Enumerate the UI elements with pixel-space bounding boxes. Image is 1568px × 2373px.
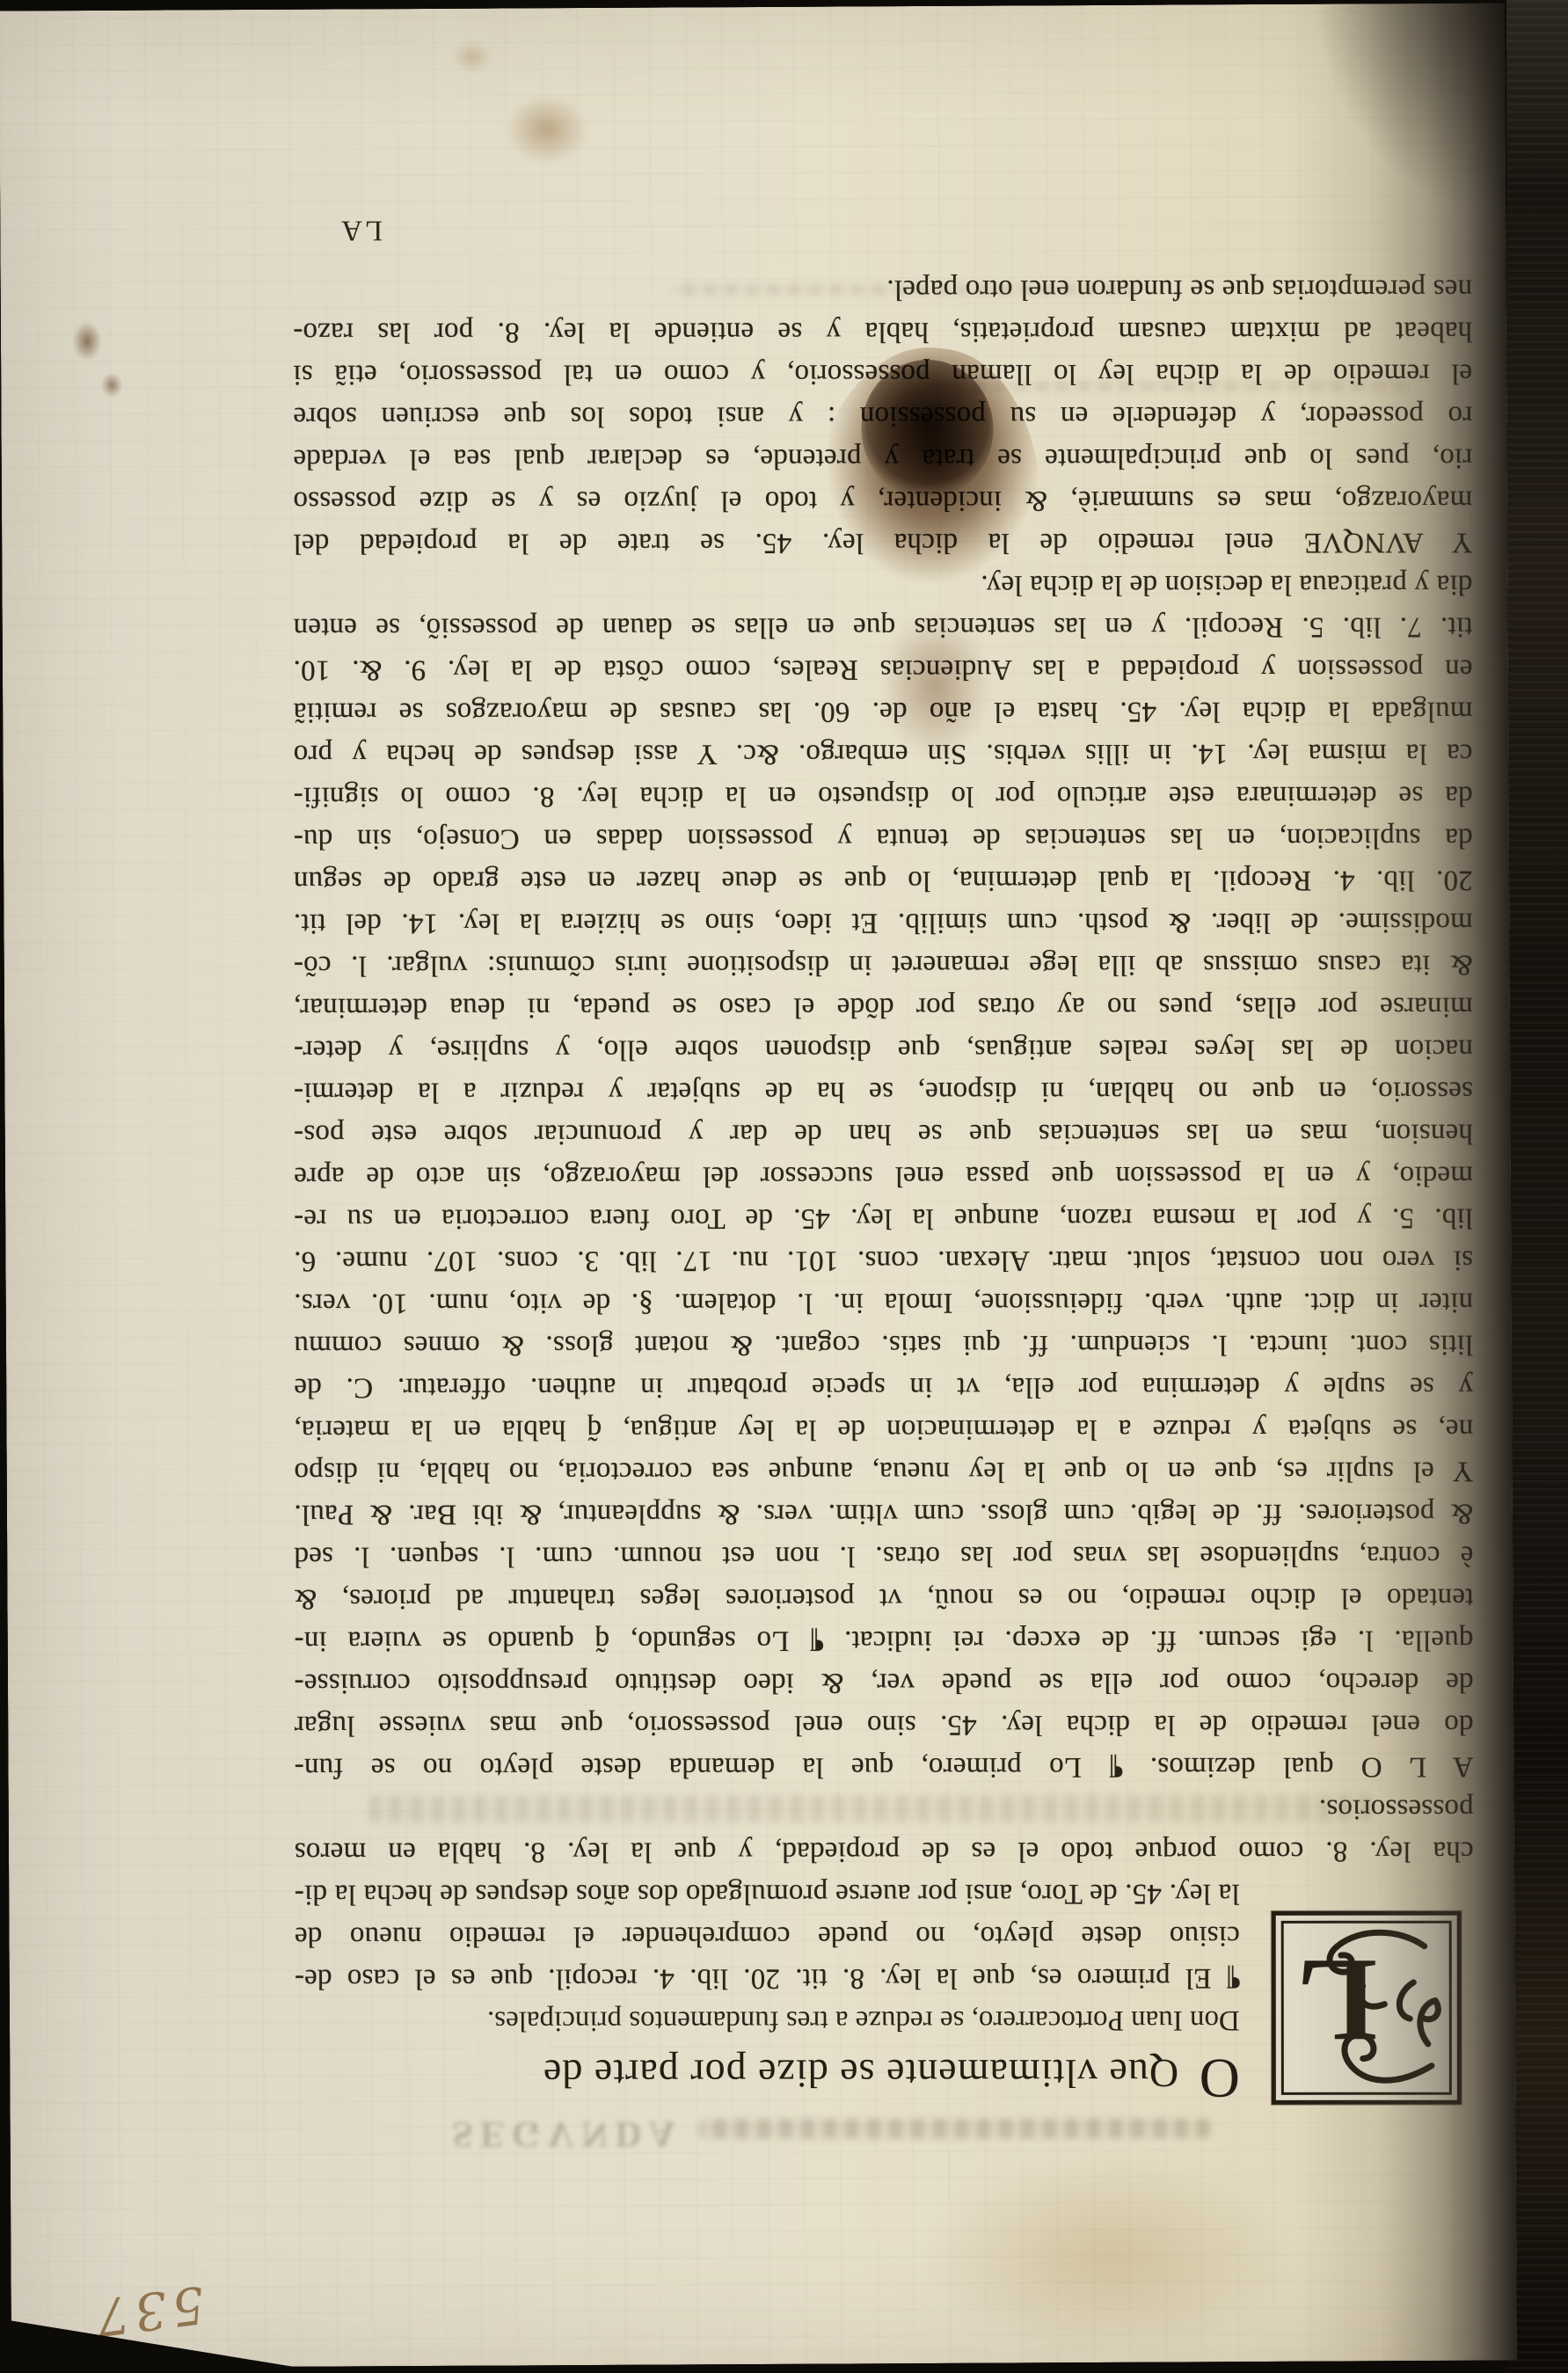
show-through-strip <box>370 1795 1373 1822</box>
book-gutter-edge <box>1506 0 1568 2373</box>
show-through-blur <box>700 2119 1210 2139</box>
show-through-text: SEGVNDA <box>453 2112 682 2154</box>
gutter-shadow <box>1285 4 1517 2362</box>
scanned-book-page: 537 SEGVNDA <box>0 0 1568 2373</box>
page-paper: 537 SEGVNDA <box>0 4 1517 2369</box>
show-through-strip <box>672 284 1138 295</box>
handwritten-folio-number: 537 <box>88 2274 208 2348</box>
